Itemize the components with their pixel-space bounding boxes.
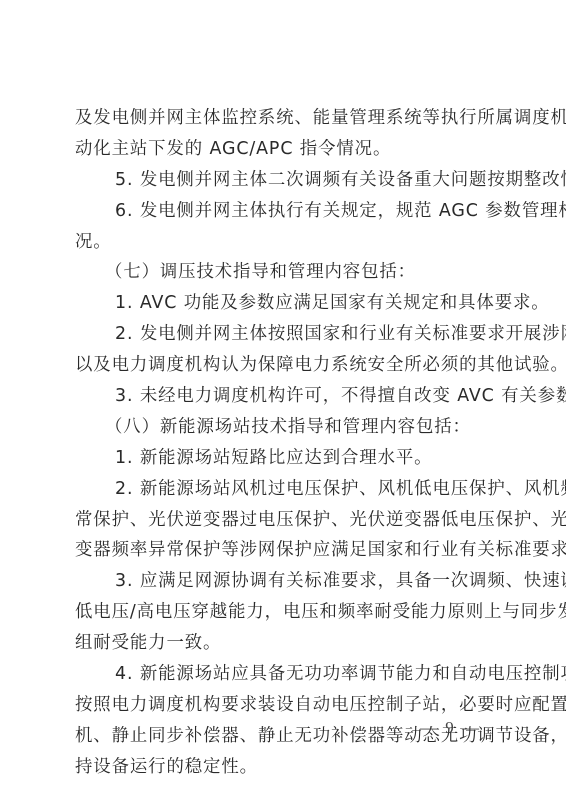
text-line: 低电压/高电压穿越能力，电压和频率耐受能力原则上与同步发电机 bbox=[75, 597, 497, 628]
list-item-6: 6. 发电侧并网主体执行有关规定，规范 AGC 参数管理相关情 bbox=[75, 196, 497, 227]
text-line: 及发电侧并网主体监控系统、能量管理系统等执行所属调度机构自 bbox=[75, 103, 497, 134]
text-line: 况。 bbox=[75, 227, 497, 258]
text-line: 动化主站下发的 AGC/APC 指令情况。 bbox=[75, 134, 497, 165]
section-heading-8: （八）新能源场站技术指导和管理内容包括： bbox=[75, 412, 497, 443]
list-item-1: 1. 新能源场站短路比应达到合理水平。 bbox=[75, 443, 497, 474]
text-line: 持设备运行的稳定性。 bbox=[75, 752, 497, 783]
list-item-1: 1. AVC 功能及参数应满足国家有关规定和具体要求。 bbox=[75, 288, 497, 319]
text-line: 组耐受能力一致。 bbox=[75, 628, 497, 659]
list-item-3: 3. 未经电力调度机构许可，不得擅自改变 AVC 有关参数。 bbox=[75, 381, 497, 412]
text-line: 常保护、光伏逆变器过电压保护、光伏逆变器低电压保护、光伏逆 bbox=[75, 505, 497, 536]
list-item-3: 3. 应满足网源协调有关标准要求，具备一次调频、快速调压、 bbox=[75, 566, 497, 597]
list-item-2: 2. 发电侧并网主体按照国家和行业有关标准要求开展涉网试验 bbox=[75, 319, 497, 350]
section-heading-7: （七）调压技术指导和管理内容包括： bbox=[75, 257, 497, 288]
list-item-2: 2. 新能源场站风机过电压保护、风机低电压保护、风机频率异 bbox=[75, 474, 497, 505]
text-line: 以及电力调度机构认为保障电力系统安全所必须的其他试验。 bbox=[75, 350, 497, 381]
text-line: 变器频率异常保护等涉网保护应满足国家和行业有关标准要求。 bbox=[75, 535, 497, 566]
text-line: 按照电力调度机构要求装设自动电压控制子站，必要时应配置调相 bbox=[75, 690, 497, 721]
document-body: 及发电侧并网主体监控系统、能量管理系统等执行所属调度机构自 动化主站下发的 AG… bbox=[75, 103, 497, 783]
list-item-5: 5. 发电侧并网主体二次调频有关设备重大问题按期整改情况。 bbox=[75, 165, 497, 196]
page-number: — 9 — bbox=[420, 718, 481, 738]
list-item-4: 4. 新能源场站应具备无功功率调节能力和自动电压控制功能， bbox=[75, 659, 497, 690]
